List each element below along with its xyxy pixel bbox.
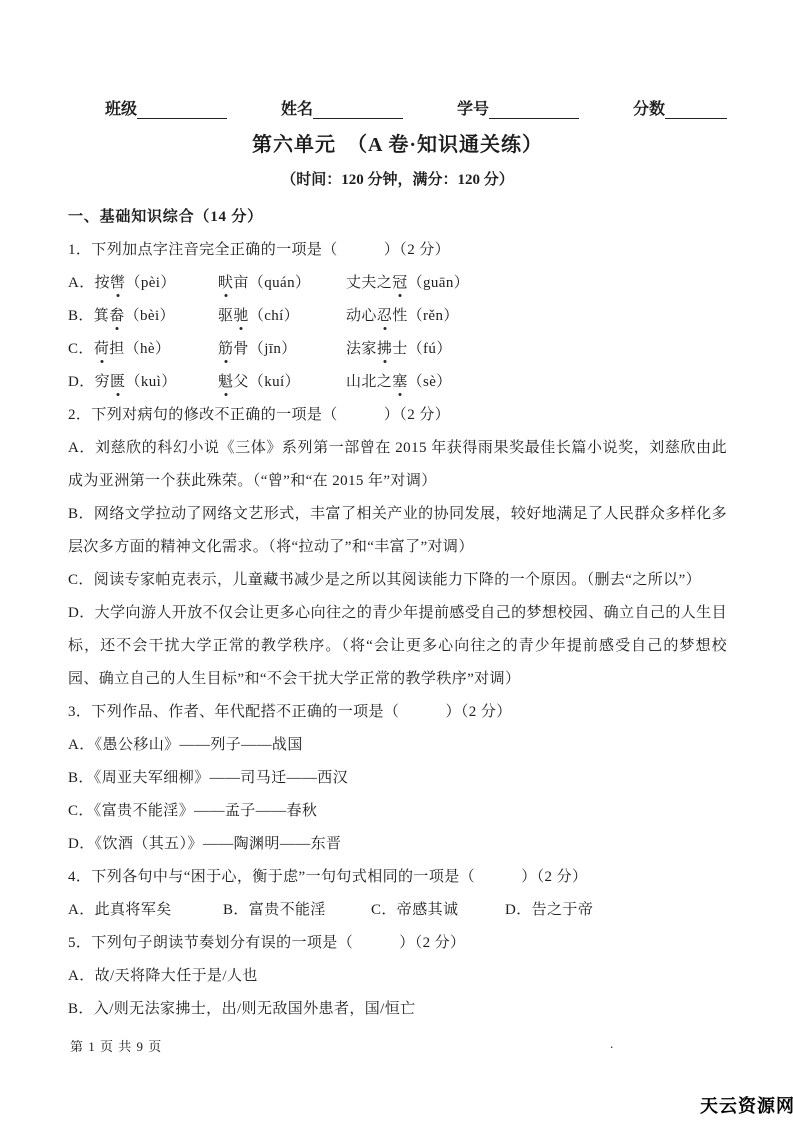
page-content: 班级 姓名 学号 分数 第六单元 （A 卷·知识通关练） （时间：120 分钟，… xyxy=(68,96,727,1026)
option-item: B．富贵不能淫 xyxy=(223,894,371,927)
student-info-row: 班级 姓名 学号 分数 xyxy=(68,96,727,119)
option-row: C．荷担（hè）筋骨（jīn）法家拂士（fú） xyxy=(68,333,727,366)
document-line: 3．下列作品、作者、年代配搭不正确的一项是（ ）（2 分） xyxy=(68,696,727,729)
option-item: 筋骨（jīn） xyxy=(218,333,346,366)
emphasis-dotted-char: 荷 xyxy=(94,341,109,357)
student-id-label: 学号 xyxy=(457,96,489,119)
document-line: A．故/天将降大任于是/人也 xyxy=(68,960,727,993)
document-line: C．《富贵不能淫》——孟子——春秋 xyxy=(68,795,727,828)
option-item: 法家拂士（fú） xyxy=(346,333,727,366)
option-item: D．穷匮（kuì） xyxy=(68,366,218,399)
score-label: 分数 xyxy=(633,96,665,119)
name-blank-line xyxy=(313,101,403,119)
emphasis-dotted-char: 匮 xyxy=(110,374,125,390)
paper-time-score-subtitle: （时间：120 分钟，满分：120 分） xyxy=(68,167,727,193)
option-item: C．帝感其诚 xyxy=(371,894,505,927)
document-line: B．网络文学拉动了网络文艺形式，丰富了相关产业的协同发展，较好地满足了人民群众多… xyxy=(68,498,727,564)
option-item: A．按辔（pèi） xyxy=(68,267,218,300)
score-blank-line xyxy=(665,101,727,119)
emphasis-dotted-char: 忍 xyxy=(377,308,392,324)
emphasis-dotted-char: 畎 xyxy=(218,275,233,291)
emphasis-dotted-char: 畚 xyxy=(109,308,124,324)
option-row: A．按辔（pèi）畎亩（quán）丈夫之冠（guān） xyxy=(68,267,727,300)
emphasis-dotted-char: 塞 xyxy=(392,374,407,390)
class-blank-line xyxy=(137,101,227,119)
document-line: A．刘慈欣的科幻小说《三体》系列第一部曾在 2015 年获得雨果奖最佳长篇小说奖… xyxy=(68,432,727,498)
paper-title: 第六单元 （A 卷·知识通关练） xyxy=(68,129,727,161)
student-id-field: 学号 xyxy=(457,96,579,119)
document-line: D．《饮酒（其五）》——陶渊明——东晋 xyxy=(68,828,727,861)
option-item: 动心忍性（rěn） xyxy=(346,300,727,333)
option-item: A．此真将军矣 xyxy=(68,894,223,927)
section-heading: 一、基础知识综合（14 分） xyxy=(68,201,727,234)
emphasis-dotted-char: 拂 xyxy=(377,341,392,357)
option-row: B．箕畚（bèi）驱驰（chí）动心忍性（rěn） xyxy=(68,300,727,333)
option-item: 山北之塞（sè） xyxy=(346,366,727,399)
document-line: 5．下列句子朗读节奏划分有误的一项是（ ）（2 分） xyxy=(68,927,727,960)
document-line: 1．下列加点字注音完全正确的一项是（ ）（2 分） xyxy=(68,234,727,267)
option-row: D．穷匮（kuì）魁父（kuí）山北之塞（sè） xyxy=(68,366,727,399)
option-item: C．荷担（hè） xyxy=(68,333,218,366)
option-row: A．此真将军矣B．富贵不能淫C．帝感其诚D．告之于帝 xyxy=(68,894,727,927)
option-item: 丈夫之冠（guān） xyxy=(346,267,727,300)
emphasis-dotted-char: 魁 xyxy=(218,374,233,390)
emphasis-dotted-char: 辔 xyxy=(110,275,125,291)
student-id-blank-line xyxy=(489,101,579,119)
name-field: 姓名 xyxy=(281,96,403,119)
option-item: 畎亩（quán） xyxy=(218,267,346,300)
option-item: 驱驰（chí） xyxy=(218,300,346,333)
emphasis-dotted-char: 驰 xyxy=(233,308,248,324)
option-item: 魁父（kuí） xyxy=(218,366,346,399)
option-item: B．箕畚（bèi） xyxy=(68,300,218,333)
option-item: D．告之于帝 xyxy=(505,894,727,927)
name-label: 姓名 xyxy=(281,96,313,119)
stray-dot-mark: . xyxy=(610,1036,613,1052)
question-list: 一、基础知识综合（14 分）1．下列加点字注音完全正确的一项是（ ）（2 分）A… xyxy=(68,201,727,1026)
emphasis-dotted-char: 筋 xyxy=(218,341,233,357)
page-number-footer: 第 1 页 共 9 页 xyxy=(70,1036,162,1055)
class-field: 班级 xyxy=(105,96,227,119)
site-watermark: 天云资源网 xyxy=(700,1092,793,1118)
document-line: B．《周亚夫军细柳》——司马迁——西汉 xyxy=(68,762,727,795)
exam-paper-page: 班级 姓名 学号 分数 第六单元 （A 卷·知识通关练） （时间：120 分钟，… xyxy=(0,0,793,1122)
document-line: D．大学向游人开放不仅会让更多心向往之的青少年提前感受自己的梦想校园、确立自己的… xyxy=(68,597,727,696)
document-line: 2．下列对病句的修改不正确的一项是（ ）（2 分） xyxy=(68,399,727,432)
document-line: C．阅读专家帕克表示，儿童藏书减少是之所以其阅读能力下降的一个原因。（删去“之所… xyxy=(68,564,727,597)
document-line: A．《愚公移山》——列子——战国 xyxy=(68,729,727,762)
document-line: 4．下列各句中与“困于心，衡于虑”一句句式相同的一项是（ ）（2 分） xyxy=(68,861,727,894)
document-line: B．入/则无法家拂士，出/则无敌国外患者，国/恒亡 xyxy=(68,993,727,1026)
score-field: 分数 xyxy=(633,96,727,119)
emphasis-dotted-char: 冠 xyxy=(392,275,407,291)
class-label: 班级 xyxy=(105,96,137,119)
